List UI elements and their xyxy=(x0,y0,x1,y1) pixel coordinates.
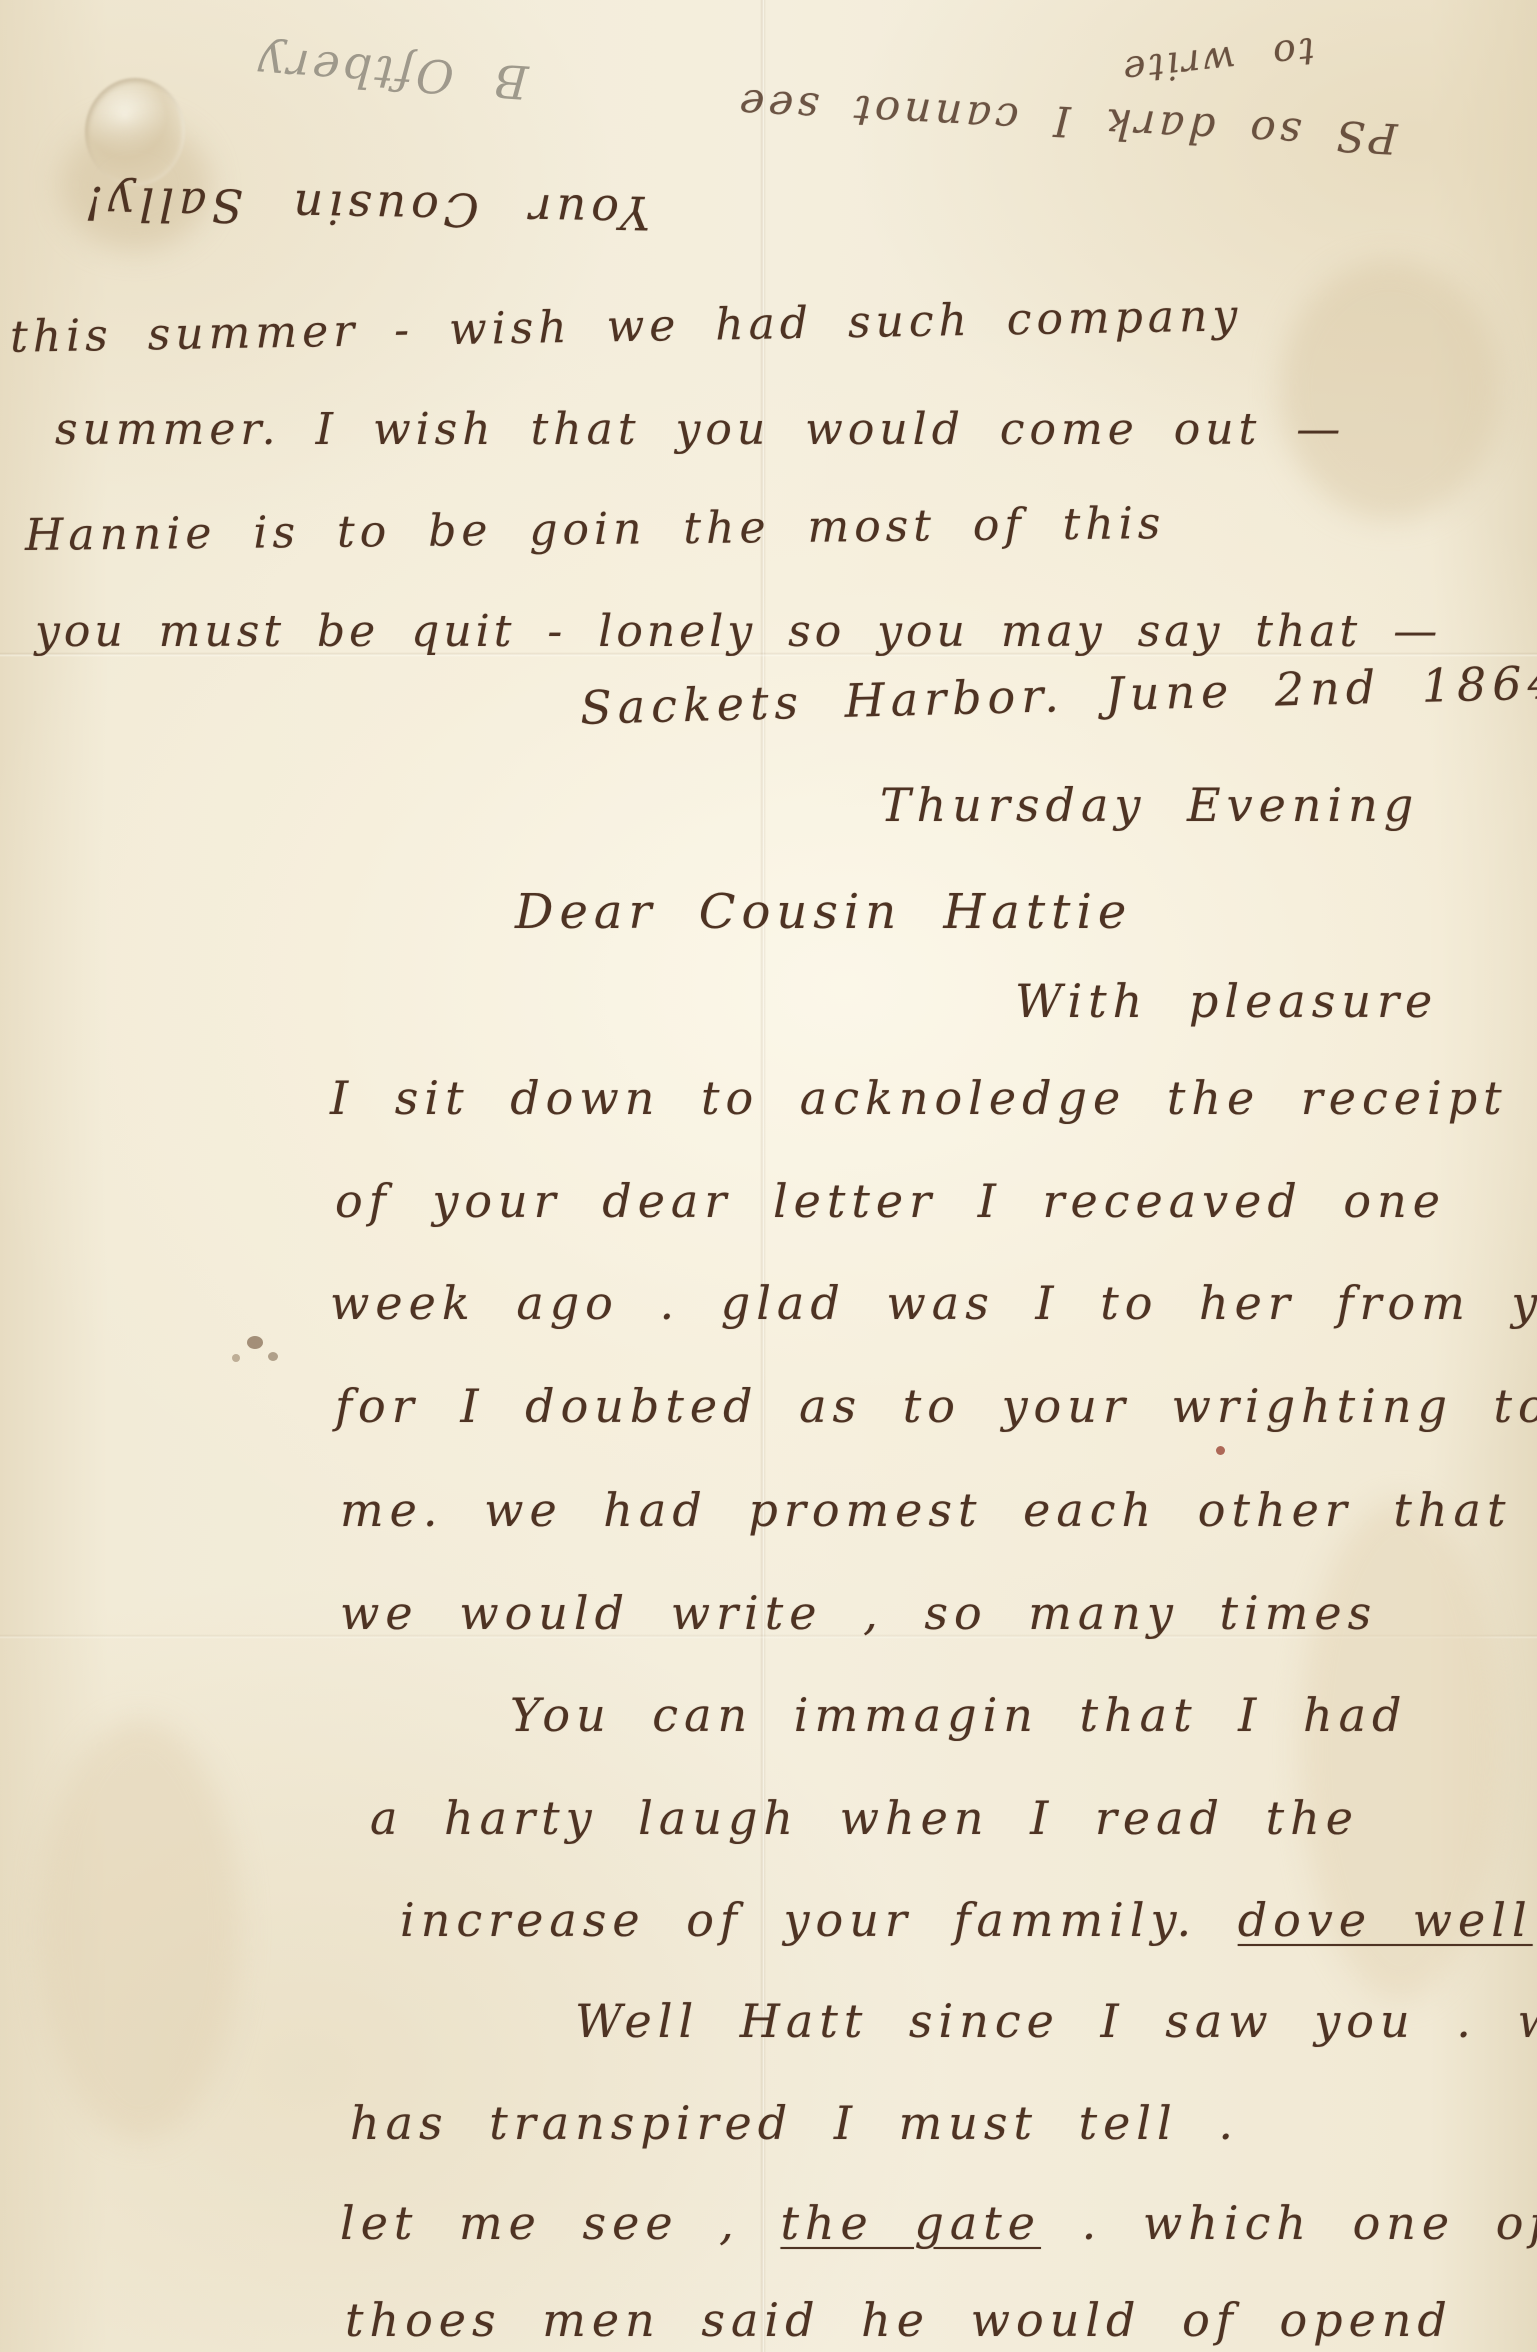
margin-line: summer. I wish that you would come out — xyxy=(55,408,1345,452)
body-line: we would write , so many times xyxy=(340,1590,1377,1636)
body-line: has transpired I must tell . xyxy=(350,2100,1239,2146)
body-line: thoes men said he would of opend xyxy=(345,2297,1453,2343)
body-line: a harty laugh when I read the xyxy=(370,1795,1359,1841)
ink-stain xyxy=(247,1336,263,1349)
body-line: I sit down to acknoledge the receipt xyxy=(330,1075,1508,1121)
body-line: You can immagin that I had xyxy=(510,1692,1407,1738)
paper-blotch xyxy=(40,1720,240,2140)
body-line: for I doubted as to your wrighting to xyxy=(335,1383,1537,1429)
body-line: Well Hatt since I saw you . what xyxy=(575,1998,1537,2044)
letter-page: B Oftbery to write PS so dark I cannot s… xyxy=(0,0,1537,2352)
inverted-line-signature: Your Cousin Sally! xyxy=(80,180,651,236)
red-ink-dot xyxy=(1216,1446,1225,1455)
pencil-inscription: B Oftbery xyxy=(254,41,530,106)
day-time-line: Thursday Evening xyxy=(880,782,1419,828)
margin-line: you must be quit - lonely so you may say… xyxy=(35,610,1441,654)
underlined-phrase: the gate xyxy=(780,2196,1041,2250)
body-line-text: let me see , xyxy=(340,2196,780,2250)
margin-line: Hannie is to be goin the most of this xyxy=(25,502,1166,558)
body-line: week ago . glad was I to her from you xyxy=(330,1280,1537,1326)
ink-stain xyxy=(232,1354,240,1362)
salutation: Dear Cousin Hattie xyxy=(515,888,1132,936)
margin-line: this summer - wish we had such company xyxy=(10,294,1243,360)
inverted-line-ps: PS so dark I cannot see xyxy=(734,83,1398,160)
body-line-text: . which one of xyxy=(1041,2196,1537,2250)
ink-stain xyxy=(268,1352,278,1361)
inverted-line-to-write: to write xyxy=(1119,32,1317,90)
body-line: increase of your fammily. dove well xyxy=(400,1897,1533,1943)
dateline: Sackets Harbor. June 2nd 1864 xyxy=(580,659,1537,731)
opening-phrase: With pleasure xyxy=(1015,978,1438,1024)
underlined-phrase: dove well xyxy=(1238,1893,1533,1947)
body-line: me. we had promest each other that xyxy=(340,1487,1511,1533)
paper-blotch xyxy=(1280,260,1500,520)
body-line-text: increase of your fammily. xyxy=(400,1893,1238,1947)
body-line: let me see , the gate . which one of xyxy=(340,2200,1537,2246)
body-line: of your dear letter I receaved one xyxy=(335,1178,1446,1224)
